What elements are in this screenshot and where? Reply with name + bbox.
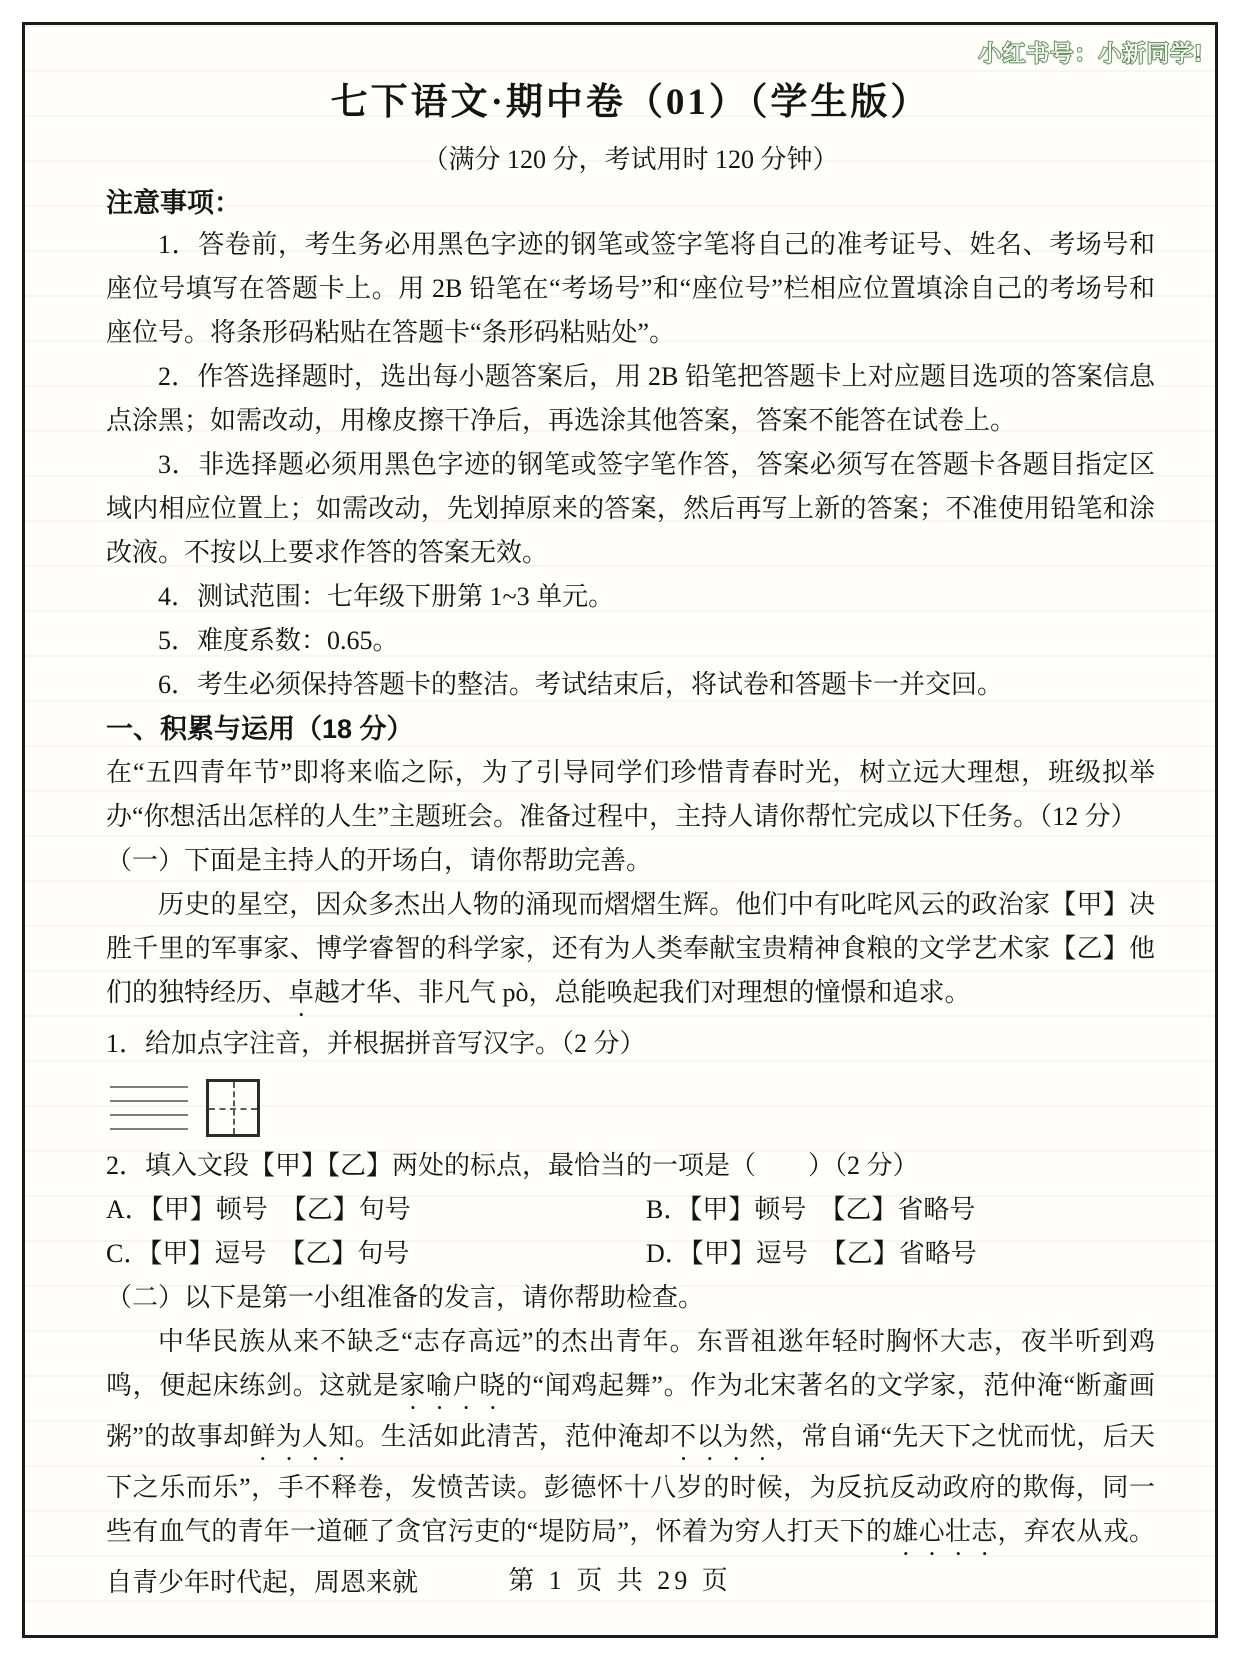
part-two-label: （二）以下是第一小组准备的发言，请你帮助检查。 bbox=[106, 1276, 1155, 1320]
question-2: 2．填入文段【甲】【乙】两处的标点，最恰当的一项是（ ）（2 分） bbox=[106, 1144, 1155, 1188]
notice-item-3: 3．非选择题必须用黑色字迹的钢笔或签字笔作答，答案必须写在答题卡各题目指定区域内… bbox=[106, 443, 1155, 575]
page-content: 七下语文·期中卷（01）（学生版） （满分 120 分，考试用时 120 分钟）… bbox=[106, 53, 1155, 1605]
notice-heading: 注意事项： bbox=[106, 183, 1155, 223]
notice-item-5: 5．难度系数：0.65。 bbox=[106, 619, 1155, 663]
notice-item-6: 6．考生必须保持答题卡的整洁。考试结束后，将试卷和答题卡一并交回。 bbox=[106, 663, 1155, 707]
notice-item-2: 2．作答选择题时，选出每小题答案后，用 2B 铅笔把答题卡上对应题目选项的答案信… bbox=[106, 355, 1155, 443]
part-one-label: （一）下面是主持人的开场白，请你帮助完善。 bbox=[106, 839, 1155, 883]
notice-item-1: 1．答卷前，考生务必用黑色字迹的钢笔或签字笔将自己的准考证号、姓名、考场号和座位… bbox=[106, 223, 1155, 355]
section-one-intro: 在“五四青年节”即将来临之际，为了引导同学们珍惜青春时光，树立远大理想，班级拟举… bbox=[106, 751, 1155, 839]
opening-speech-passage: 历史的星空，因众多杰出人物的涌现而熠熠生辉。他们中有叱咤风云的政治家【甲】决胜千… bbox=[106, 883, 1155, 1022]
exam-subtitle: （满分 120 分，考试用时 120 分钟） bbox=[106, 143, 1155, 177]
exam-page: 小红书号：小新同学! 七下语文·期中卷（01）（学生版） （满分 120 分，考… bbox=[0, 0, 1242, 1656]
section-one-heading: 一、积累与运用（18 分） bbox=[106, 707, 1155, 751]
page-title: 七下语文·期中卷（01）（学生版） bbox=[106, 79, 1155, 127]
question-1: 1．给加点字注音，并根据拼音写汉字。（2 分） bbox=[106, 1022, 1155, 1066]
pinyin-four-line-grid bbox=[110, 1086, 188, 1130]
options-row-cd: C．【甲】逗号 【乙】句号 D．【甲】逗号 【乙】省略号 bbox=[106, 1232, 1155, 1276]
option-a: A．【甲】顿号 【乙】句号 bbox=[106, 1188, 646, 1232]
page-border-frame: 小红书号：小新同学! 七下语文·期中卷（01）（学生版） （满分 120 分，考… bbox=[22, 22, 1218, 1638]
option-c: C．【甲】逗号 【乙】句号 bbox=[106, 1232, 646, 1276]
option-d: D．【甲】逗号 【乙】省略号 bbox=[646, 1232, 977, 1276]
notice-item-4: 4．测试范围：七年级下册第 1~3 单元。 bbox=[106, 575, 1155, 619]
page-number: 第 1 页 共 29 页 bbox=[25, 1560, 1215, 1597]
option-b: B．【甲】顿号 【乙】省略号 bbox=[646, 1188, 975, 1232]
options-row-ab: A．【甲】顿号 【乙】句号 B．【甲】顿号 【乙】省略号 bbox=[106, 1188, 1155, 1232]
tianzige-writing-box bbox=[206, 1079, 260, 1137]
question-1-answer-area bbox=[110, 1078, 1155, 1138]
